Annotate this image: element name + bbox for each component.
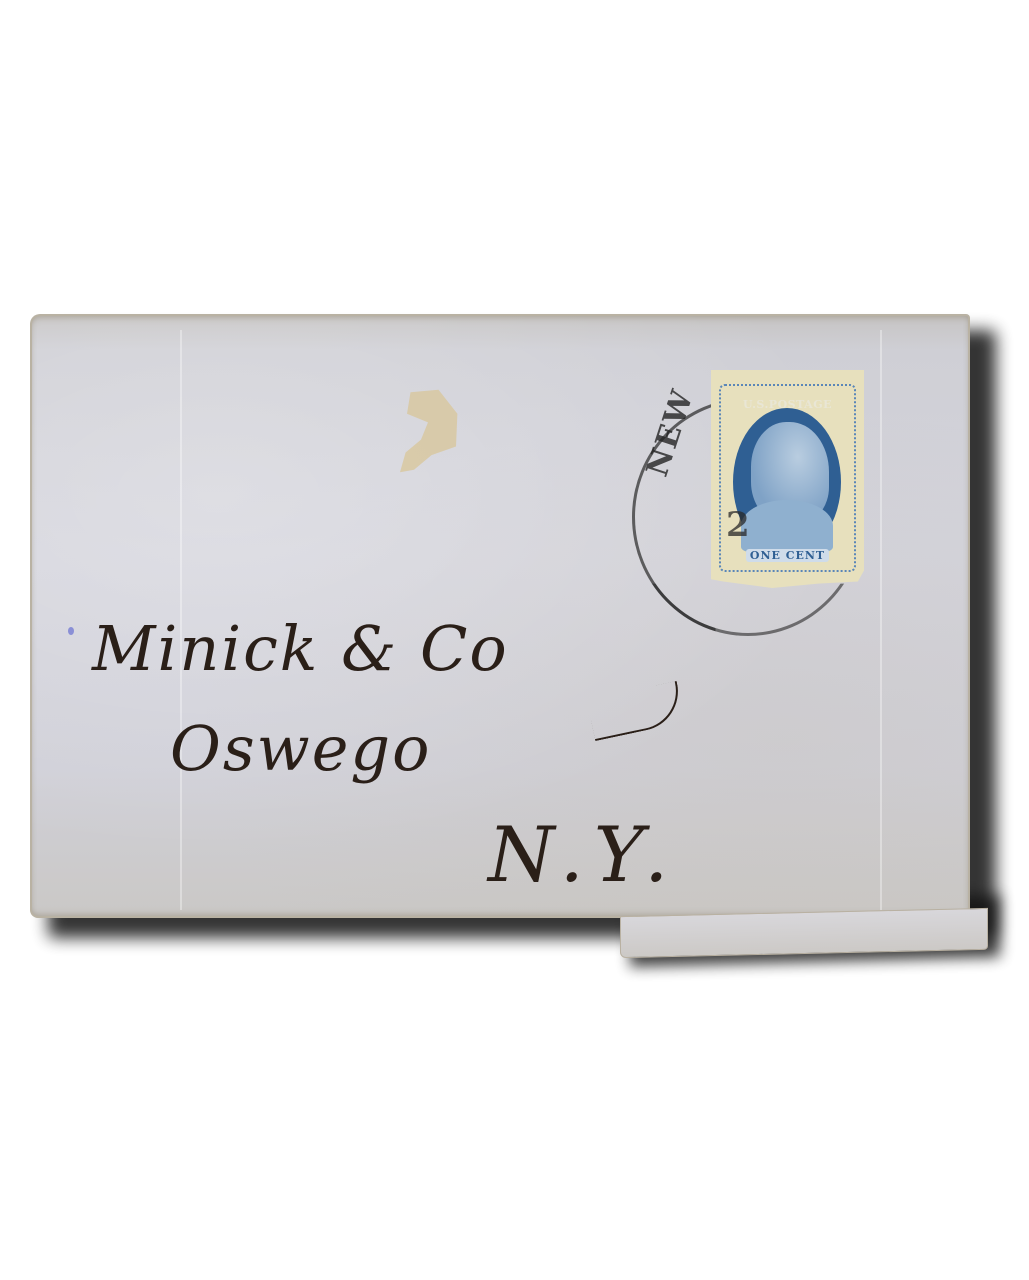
address-recipient: Minick & Co <box>92 612 509 685</box>
ink-dot <box>68 627 74 635</box>
postage-stamp: U.S.POSTAGE ONE CENT <box>711 370 864 588</box>
stamp-top-label: U.S.POSTAGE <box>711 398 864 411</box>
stamp-denomination: ONE CENT <box>711 549 864 562</box>
paper-crease <box>880 330 882 910</box>
address-city: Oswego <box>170 712 431 785</box>
postmark-date: 2 <box>726 505 750 545</box>
folded-flap <box>620 908 988 958</box>
address-state: N.Y. <box>488 810 678 899</box>
portrait-shoulders <box>741 500 833 552</box>
